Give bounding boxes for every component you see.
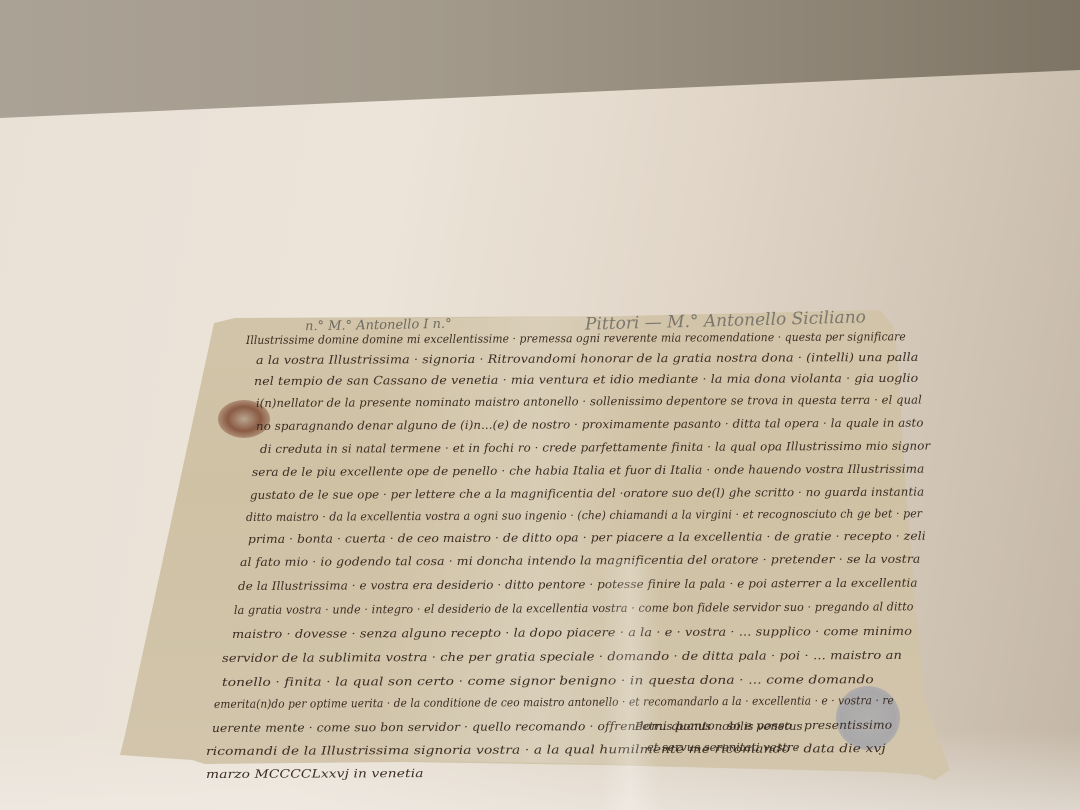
signature-line: Petrus bonus nobilis venetus [635, 716, 803, 737]
glass-glare [600, 560, 660, 810]
letter-line: tonello · finita · la qual son certo · c… [222, 672, 874, 689]
signature-line: et servus serenitati vestre [635, 737, 803, 758]
letter-line: marzo MCCCCLxxvj in venetia [206, 766, 424, 781]
signature-block: Petrus bonus nobilis venetus et servus s… [635, 716, 803, 758]
